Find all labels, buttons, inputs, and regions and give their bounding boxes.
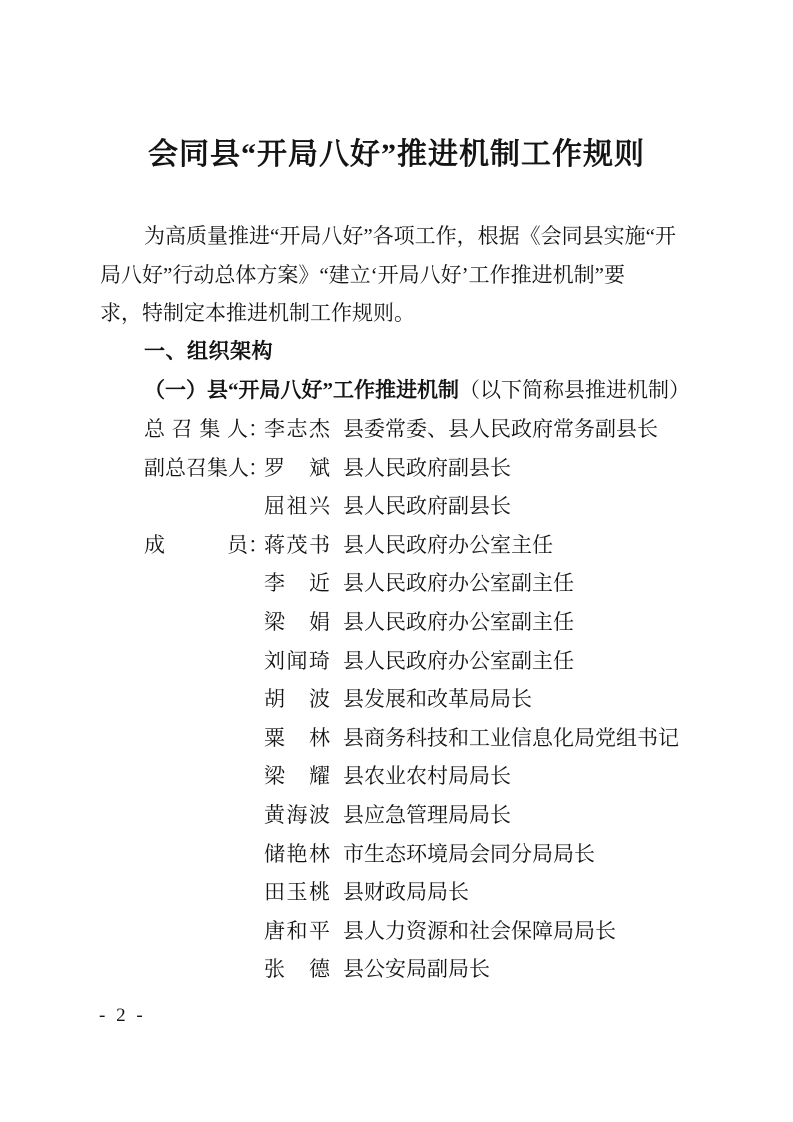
subsection-heading: （一）县“开局八好”工作推进机制（以下简称县推进机制） <box>100 371 696 410</box>
roster-member-name: 李近 <box>264 564 330 603</box>
roster-member-name: 田玉桃 <box>264 873 330 912</box>
roster-member-name: 罗斌 <box>264 449 330 488</box>
roster-member-title: 县应急管理局局长 <box>343 803 511 827</box>
roster-member-name: 张德 <box>264 950 330 989</box>
roster-colon: ： <box>248 449 264 488</box>
roster-row: 储艳林市生态环境局会同分局局长 <box>100 835 696 874</box>
roster-member-title: 县人民政府办公室副主任 <box>343 649 574 673</box>
document-title: 会同县“开局八好”推进机制工作规则 <box>0 130 793 180</box>
roster-member-title: 市生态环境局会同分局局长 <box>343 842 595 866</box>
roster-member-name: 梁耀 <box>264 757 330 796</box>
roster-row: 副总召集人：罗斌县人民政府副县长 <box>100 449 696 488</box>
roster-member-title: 县人民政府办公室主任 <box>343 533 553 557</box>
roster-row: 总召集人：李志杰县委常委、县人民政府常务副县长 <box>100 410 696 449</box>
roster-row: 梁娟县人民政府办公室副主任 <box>100 603 696 642</box>
roster-row: 田玉桃县财政局局长 <box>100 873 696 912</box>
roster-role-label: 成员 <box>144 526 248 565</box>
roster-member-name: 储艳林 <box>264 835 330 874</box>
roster-row: 胡波县发展和改革局局长 <box>100 680 696 719</box>
roster-member-title: 县公安局副局长 <box>343 957 490 981</box>
roster-row: 梁耀县农业农村局局长 <box>100 757 696 796</box>
roster-member-name: 李志杰 <box>264 410 330 449</box>
roster-member-name: 梁娟 <box>264 603 330 642</box>
section-heading: 一、组织架构 <box>100 333 696 372</box>
roster-member-title: 县人民政府副县长 <box>343 494 511 518</box>
roster-member-name: 刘闻琦 <box>264 642 330 681</box>
document-body: 为高质量推进“开局八好”各项工作，根据《会同县实施“开 局八好”行动总体方案》“… <box>100 217 696 989</box>
intro-line: 局八好”行动总体方案》“建立‘开局八好’工作推进机制”要 <box>100 256 696 295</box>
roster-member-title: 县人民政府办公室副主任 <box>343 610 574 634</box>
roster-row: 李近县人民政府办公室副主任 <box>100 564 696 603</box>
roster-member-title: 县财政局局长 <box>343 880 469 904</box>
roster-member-title: 县发展和改革局局长 <box>343 687 532 711</box>
roster-member-title: 县委常委、县人民政府常务副县长 <box>343 417 658 441</box>
roster-member-title: 县商务科技和工业信息化局党组书记 <box>343 726 679 750</box>
intro-line: 求，特制定本推进机制工作规则。 <box>100 294 696 333</box>
roster-member-name: 粟林 <box>264 719 330 758</box>
roster-member-title: 县人力资源和社会保障局局长 <box>343 919 616 943</box>
roster-role-label: 总召集人 <box>144 410 248 449</box>
roster-member-title: 县农业农村局局长 <box>343 764 511 788</box>
page-number: - 2 - <box>99 1005 146 1027</box>
roster-row: 张德县公安局副局长 <box>100 950 696 989</box>
roster-member-title: 县人民政府办公室副主任 <box>343 571 574 595</box>
roster-row: 屈祖兴县人民政府副县长 <box>100 487 696 526</box>
roster-row: 黄海波县应急管理局局长 <box>100 796 696 835</box>
subsection-heading-bold: （一）县“开局八好”工作推进机制 <box>144 378 459 402</box>
roster-colon: ： <box>248 526 264 565</box>
roster-colon: ： <box>248 410 264 449</box>
document-page: 会同县“开局八好”推进机制工作规则 为高质量推进“开局八好”各项工作，根据《会同… <box>0 0 793 1122</box>
intro-line: 为高质量推进“开局八好”各项工作，根据《会同县实施“开 <box>100 217 696 256</box>
roster-member-title: 县人民政府副县长 <box>343 456 511 480</box>
roster-member-name: 胡波 <box>264 680 330 719</box>
roster-member-name: 蒋茂书 <box>264 526 330 565</box>
roster-row: 唐和平县人力资源和社会保障局局长 <box>100 912 696 951</box>
roster-member-name: 唐和平 <box>264 912 330 951</box>
roster-member-name: 屈祖兴 <box>264 487 330 526</box>
roster-member-name: 黄海波 <box>264 796 330 835</box>
subsection-heading-note: （以下简称县推进机制） <box>459 378 690 402</box>
roster-row: 成员：蒋茂书县人民政府办公室主任 <box>100 526 696 565</box>
roster-role-label: 副总召集人 <box>144 449 248 488</box>
roster-row: 刘闻琦县人民政府办公室副主任 <box>100 642 696 681</box>
roster-row: 粟林县商务科技和工业信息化局党组书记 <box>100 719 696 758</box>
